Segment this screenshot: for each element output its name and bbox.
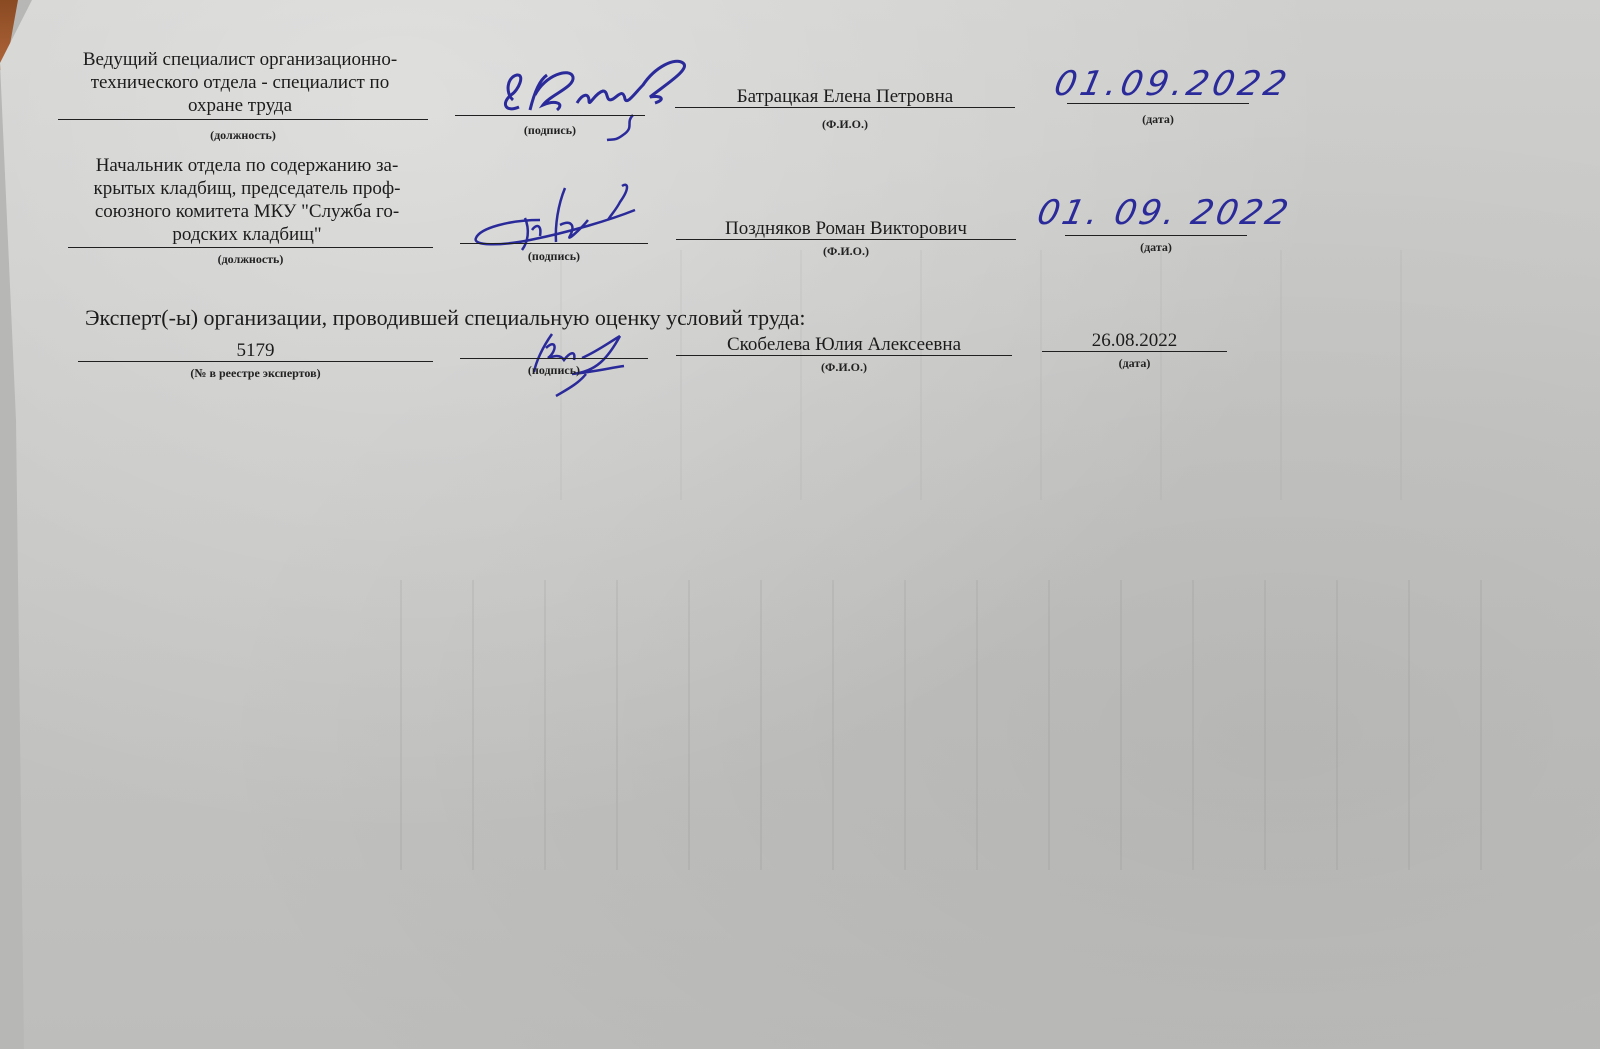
date-caption: (дата)	[1065, 240, 1247, 255]
position-underline	[68, 247, 433, 248]
position-line: Начальник отдела по содержанию за-	[72, 154, 422, 177]
name-caption: (Ф.И.О.)	[676, 244, 1016, 259]
full-name: Скобелева Юлия Алексеевна	[676, 334, 1012, 356]
position-caption: (должность)	[58, 128, 428, 143]
signature-underline	[460, 358, 648, 359]
signature-caption: (подпись)	[460, 249, 648, 264]
signature-caption: (подпись)	[455, 123, 645, 138]
position-line: союзного комитета МКУ "Служба го-	[72, 200, 422, 223]
signature-underline	[455, 115, 645, 116]
name-caption: (Ф.И.О.)	[675, 117, 1015, 132]
date-underline	[1067, 103, 1249, 104]
name-underline	[675, 107, 1015, 108]
handwritten-date: 01.09.2022	[1051, 64, 1294, 104]
date-value: 26.08.2022	[1042, 330, 1227, 352]
position-line: родских кладбищ"	[72, 223, 422, 246]
signature-icon	[470, 180, 650, 260]
full-name: Поздняков Роман Викторович	[676, 218, 1016, 240]
position-caption: (должность)	[68, 252, 433, 267]
position-text: Ведущий специалист организационно- техни…	[60, 48, 420, 117]
position-line: охране труда	[60, 94, 420, 117]
signature-caption: (подпись)	[460, 363, 648, 378]
registry-number: 5179	[78, 340, 433, 362]
expert-heading: Эксперт(-ы) организации, проводившей спе…	[85, 305, 806, 331]
registry-caption: (№ в реестре экспертов)	[78, 366, 433, 381]
signature-underline	[460, 243, 648, 244]
date-underline	[1065, 235, 1247, 236]
position-text: Начальник отдела по содержанию за- крыты…	[72, 154, 422, 246]
show-through-table	[400, 580, 1490, 870]
registry-underline	[78, 361, 433, 362]
show-through-table	[560, 250, 1460, 500]
position-line: Ведущий специалист организационно-	[60, 48, 420, 71]
date-underline	[1042, 351, 1227, 352]
name-underline	[676, 239, 1016, 240]
handwritten-date: 01. 09. 2022	[1034, 193, 1295, 233]
name-underline	[676, 355, 1012, 356]
position-line: крытых кладбищ, председатель проф-	[72, 177, 422, 200]
name-caption: (Ф.И.О.)	[676, 360, 1012, 375]
position-underline	[58, 119, 428, 120]
full-name: Батрацкая Елена Петровна	[675, 86, 1015, 108]
position-line: технического отдела - специалист по	[60, 71, 420, 94]
date-caption: (дата)	[1067, 112, 1249, 127]
date-caption: (дата)	[1042, 356, 1227, 371]
